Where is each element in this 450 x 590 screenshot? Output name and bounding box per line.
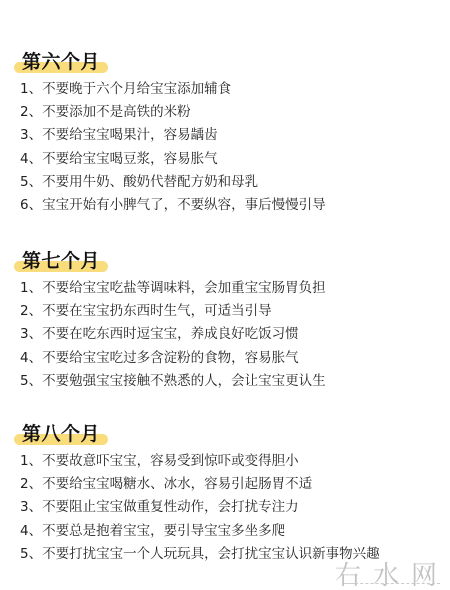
list-item: 3、不要阻止宝宝做重复性动作，会打扰专注力 xyxy=(20,496,380,519)
list-item: 4、不要总是抱着宝宝，要引导宝宝多坐多爬 xyxy=(20,520,380,543)
list-item: 3、不要在吃东西时逗宝宝，养成良好吃饭习惯 xyxy=(20,323,326,346)
tips-list: 1、不要晚于六个月给宝宝添加辅食 2、不要添加不是高铁的米粉 3、不要给宝宝喝果… xyxy=(20,78,326,217)
list-item: 1、不要晚于六个月给宝宝添加辅食 xyxy=(20,78,326,101)
list-item: 1、不要给宝宝吃盐等调味料，会加重宝宝肠胃负担 xyxy=(20,277,326,300)
list-item: 3、不要给宝宝喝果汁，容易龋齿 xyxy=(20,124,326,147)
watermark-underline xyxy=(350,583,440,586)
section-month-8: 第八个月 1、不要故意吓宝宝，容易受到惊吓或变得胆小 2、不要给宝宝喝糖水、冰水… xyxy=(20,422,380,566)
section-month-7: 第七个月 1、不要给宝宝吃盐等调味料，会加重宝宝肠胃负担 2、不要在宝宝扔东西时… xyxy=(20,249,326,393)
section-month-6: 第六个月 1、不要晚于六个月给宝宝添加辅食 2、不要添加不是高铁的米粉 3、不要… xyxy=(20,50,326,217)
list-item: 2、不要在宝宝扔东西时生气，可适当引导 xyxy=(20,300,326,323)
list-item: 4、不要给宝宝吃过多含淀粉的食物，容易胀气 xyxy=(20,347,326,370)
list-item: 5、不要打扰宝宝一个人玩玩具，会打扰宝宝认识新事物兴趣 xyxy=(20,543,380,566)
heading-text: 第六个月 xyxy=(22,51,100,73)
list-item: 4、不要给宝宝喝豆浆，容易胀气 xyxy=(20,148,326,171)
heading-text: 第八个月 xyxy=(22,423,100,445)
list-item: 6、宝宝开始有小脾气了，不要纵容，事后慢慢引导 xyxy=(20,194,326,217)
heading-text: 第七个月 xyxy=(22,250,100,272)
tips-list: 1、不要故意吓宝宝，容易受到惊吓或变得胆小 2、不要给宝宝喝糖水、冰水，容易引起… xyxy=(20,450,380,566)
list-item: 2、不要给宝宝喝糖水、冰水，容易引起肠胃不适 xyxy=(20,473,380,496)
section-heading: 第六个月 xyxy=(20,50,102,74)
section-heading: 第七个月 xyxy=(20,249,102,273)
list-item: 2、不要添加不是高铁的米粉 xyxy=(20,101,326,124)
list-item: 1、不要故意吓宝宝，容易受到惊吓或变得胆小 xyxy=(20,450,380,473)
list-item: 5、不要勉强宝宝接触不熟悉的人，会让宝宝更认生 xyxy=(20,370,326,393)
section-heading: 第八个月 xyxy=(20,422,102,446)
list-item: 5、不要用牛奶、酸奶代替配方奶和母乳 xyxy=(20,171,326,194)
tips-list: 1、不要给宝宝吃盐等调味料，会加重宝宝肠胃负担 2、不要在宝宝扔东西时生气，可适… xyxy=(20,277,326,393)
